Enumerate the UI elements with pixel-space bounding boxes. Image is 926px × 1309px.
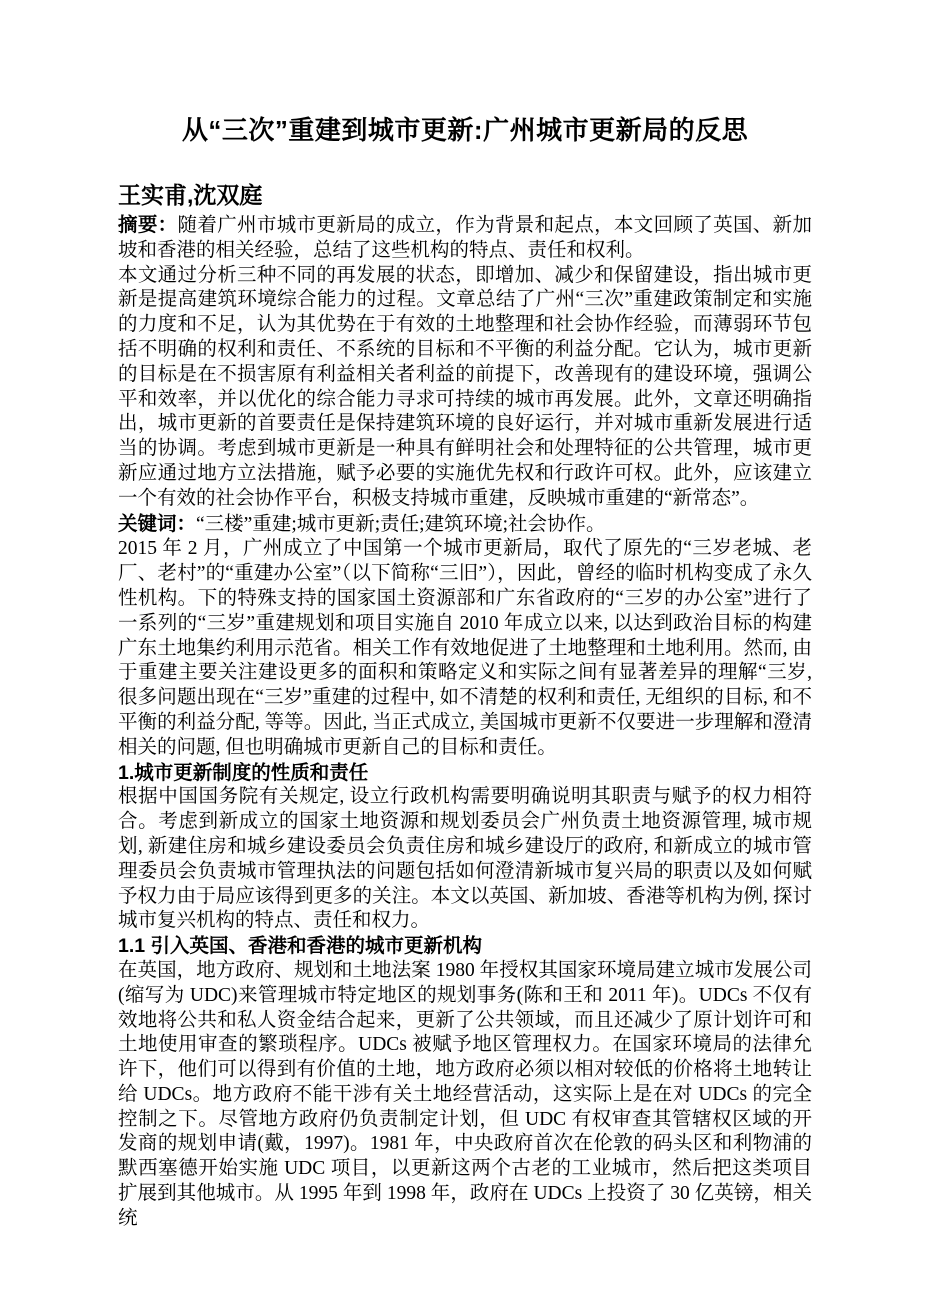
labeled-paragraph: 关键词：“三楼”重建;城市更新;责任;建筑环境;社会协作。 — [118, 512, 812, 538]
paragraph: 2015 年 2 月，广州成立了中国第一个城市更新局，取代了原先的“三岁老城、老… — [118, 537, 812, 760]
document-body: 摘要：随着广州市城市更新局的成立，作为背景和起点，本文回顾了英国、新加坡和香港的… — [118, 213, 812, 1232]
paragraph-text: 随着广州市城市更新局的成立，作为背景和起点，本文回顾了英国、新加坡和香港的相关经… — [118, 215, 812, 261]
paragraph: 在英国，地方政府、规划和土地法案 1980 年授权其国家环境局建立城市发展公司(… — [118, 959, 812, 1232]
paragraph: 根据中国国务院有关规定, 设立行政机构需要明确说明其职责与赋予的权力相符合。考虑… — [118, 785, 812, 934]
paragraph-text: 根据中国国务院有关规定, 设立行政机构需要明确说明其职责与赋予的权力相符合。考虑… — [118, 786, 812, 931]
paragraph-text: 2015 年 2 月，广州成立了中国第一个城市更新局，取代了原先的“三岁老城、老… — [118, 538, 812, 757]
paragraph-label: 关键词： — [118, 513, 196, 535]
section-heading: 1.1 引入英国、香港和香港的城市更新机构 — [118, 934, 812, 959]
authors-line: 王实甫,沈双庭 — [118, 180, 812, 210]
document-page: 从“三次”重建到城市更新:广州城市更新局的反思 王实甫,沈双庭 摘要：随着广州市… — [0, 0, 926, 1309]
paragraph-label: 摘要： — [118, 214, 178, 236]
paragraph-text: “三楼”重建;城市更新;责任;建筑环境;社会协作。 — [196, 514, 605, 535]
paragraph-text: 在英国，地方政府、规划和土地法案 1980 年授权其国家环境局建立城市发展公司(… — [118, 960, 812, 1229]
paragraph: 本文通过分析三种不同的再发展的状态，即增加、减少和保留建设，指出城市更新是提高建… — [118, 264, 812, 512]
labeled-paragraph: 摘要：随着广州市城市更新局的成立，作为背景和起点，本文回顾了英国、新加坡和香港的… — [118, 213, 812, 264]
section-heading: 1.城市更新制度的性质和责任 — [118, 761, 812, 786]
document-content: 从“三次”重建到城市更新:广州城市更新局的反思 王实甫,沈双庭 摘要：随着广州市… — [118, 112, 812, 1232]
page-title: 从“三次”重建到城市更新:广州城市更新局的反思 — [118, 112, 812, 148]
paragraph-text: 本文通过分析三种不同的再发展的状态，即增加、减少和保留建设，指出城市更新是提高建… — [118, 265, 812, 509]
